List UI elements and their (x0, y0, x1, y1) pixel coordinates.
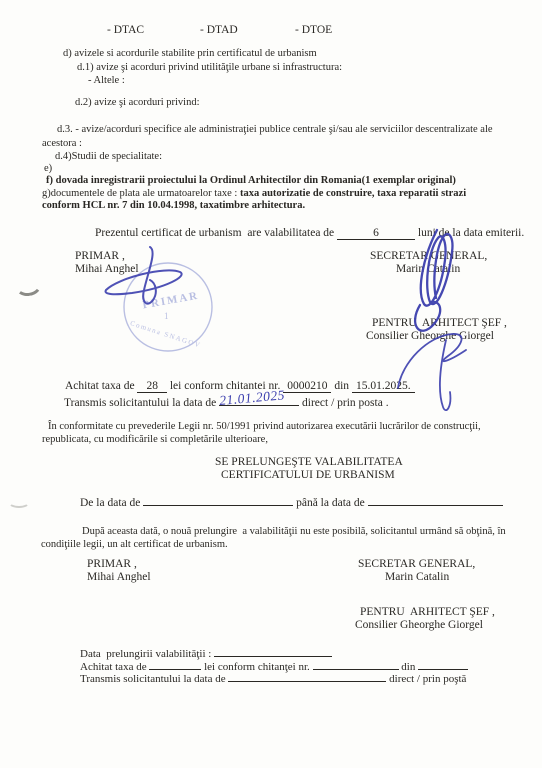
paid-date: 15.01.2025. (352, 380, 415, 393)
paid-amount: 28 (137, 380, 167, 393)
secretar-signature (415, 230, 452, 331)
line-g-cont: conform HCL nr. 7 din 10.04.1998, taxati… (42, 200, 305, 212)
from-date-blank (143, 493, 293, 506)
validity-months-value: 6 (337, 227, 415, 240)
validity-months-blank: 6 (337, 227, 415, 240)
certificate-document: - DTAC - DTAD - DTOE d) avizele si acord… (0, 0, 542, 768)
validity-line: Prezentul certificat de urbanism are val… (95, 227, 524, 240)
stamp-number: 1 (164, 311, 169, 321)
line-g-normal: g)documentele de plata ale urmatoarelor … (42, 188, 240, 199)
doc-type-dtoe: - DTOE (295, 24, 332, 37)
line-d: d) avizele si acordurile stabilite prin … (63, 48, 317, 60)
line-d2: d.2) avize şi acorduri privind: (75, 97, 200, 109)
primar-title-bottom: PRIMAR , (87, 558, 137, 571)
extension-heading-1: SE PRELUNGEŞTE VALABILITATEA (215, 456, 403, 469)
footer-transmitted-line: Transmis solicitantului la data de direc… (80, 669, 466, 686)
extension-heading-2: CERTIFICATULUI DE URBANISM (221, 469, 395, 482)
footer-transmitted-blank (228, 669, 386, 682)
arhitect-signature (398, 334, 466, 410)
line-d1: d.1) avize şi acorduri privind utilităţi… (77, 62, 342, 74)
line-f: f) dovada inregistrarii proiectului la O… (46, 175, 456, 187)
arhitect-name-bottom: Consilier Gheorghe Giorgel (355, 619, 483, 632)
scan-artifact-mark (12, 270, 43, 298)
until-label: până la data de (293, 497, 367, 509)
footer-data-blank (214, 644, 332, 657)
arhitect-title-bottom: PENTRU ARHITECT ŞEF , (360, 606, 495, 619)
arhitect-name: Consilier Gheorghe Giorgel (366, 330, 494, 343)
note-line2: condiţiile legii, un alt certificat de u… (41, 539, 228, 551)
scan-artifact-mark (8, 496, 30, 508)
law-paragraph-line1: În conformitate cu prevederile Legii nr.… (48, 421, 481, 433)
validity-prefix: Prezentul certificat de urbanism are val… (95, 227, 337, 239)
law-paragraph-line2: republicata, cu modificările si completă… (42, 434, 268, 446)
extension-dates-line: De la data de până la data de (80, 493, 503, 510)
stamp-center-text: PRIMAR (142, 290, 200, 312)
note-line1: După aceasta dată, o nouă prelungire a v… (82, 526, 506, 538)
receipt-number: 0000210 (283, 380, 331, 393)
primar-signature-stroke (143, 247, 156, 304)
line-e: e) (44, 163, 52, 175)
transmitted-line: Transmis solicitantului la data de 21.01… (64, 393, 389, 410)
secretar-title-bottom: SECRETAR GENERAL, (358, 558, 475, 571)
primar-name: Mihai Anghel (75, 263, 139, 276)
doc-type-dtac: - DTAC (107, 24, 144, 37)
until-date-blank (368, 493, 503, 506)
secretar-title: SECRETAR GENERAL, (370, 250, 487, 263)
line-d3-cont: acestora : (42, 138, 82, 150)
transmitted-date-blank: 21.01.2025 (219, 393, 299, 406)
footer-transmitted-prefix: Transmis solicitantului la data de (80, 673, 228, 685)
paid-prefix: Achitat taxa de (65, 380, 137, 392)
doc-type-dtad: - DTAD (200, 24, 238, 37)
arhitect-title: PENTRU ARHITECT ŞEF , (372, 317, 507, 330)
stamp-ring-text: Comuna SNAGOV (129, 319, 202, 350)
line-g-bold: taxa autorizatie de construire, taxa rep… (240, 188, 466, 199)
paid-din: din (331, 380, 351, 392)
from-label: De la data de (80, 497, 143, 509)
secretar-name: Marin Catalin (396, 263, 460, 276)
line-altele: - Altele : (88, 75, 125, 87)
primar-title: PRIMAR , (75, 250, 125, 263)
line-g: g)documentele de plata ale urmatoarelor … (42, 188, 466, 200)
line-d3: d.3. - avize/acorduri specifice ale admi… (57, 124, 493, 136)
primar-name-bottom: Mihai Anghel (87, 571, 151, 584)
secretar-name-bottom: Marin Catalin (385, 571, 449, 584)
line-d4: d.4)Studii de specialitate: (55, 151, 162, 163)
validity-suffix: luni de la data emiterii. (415, 227, 524, 239)
footer-transmitted-suffix: direct / prin poştă (386, 673, 466, 685)
arhitect-signature-descender (440, 340, 450, 410)
transmitted-prefix: Transmis solicitantului la data de (64, 397, 219, 409)
transmitted-suffix: direct / prin posta . (299, 397, 388, 409)
